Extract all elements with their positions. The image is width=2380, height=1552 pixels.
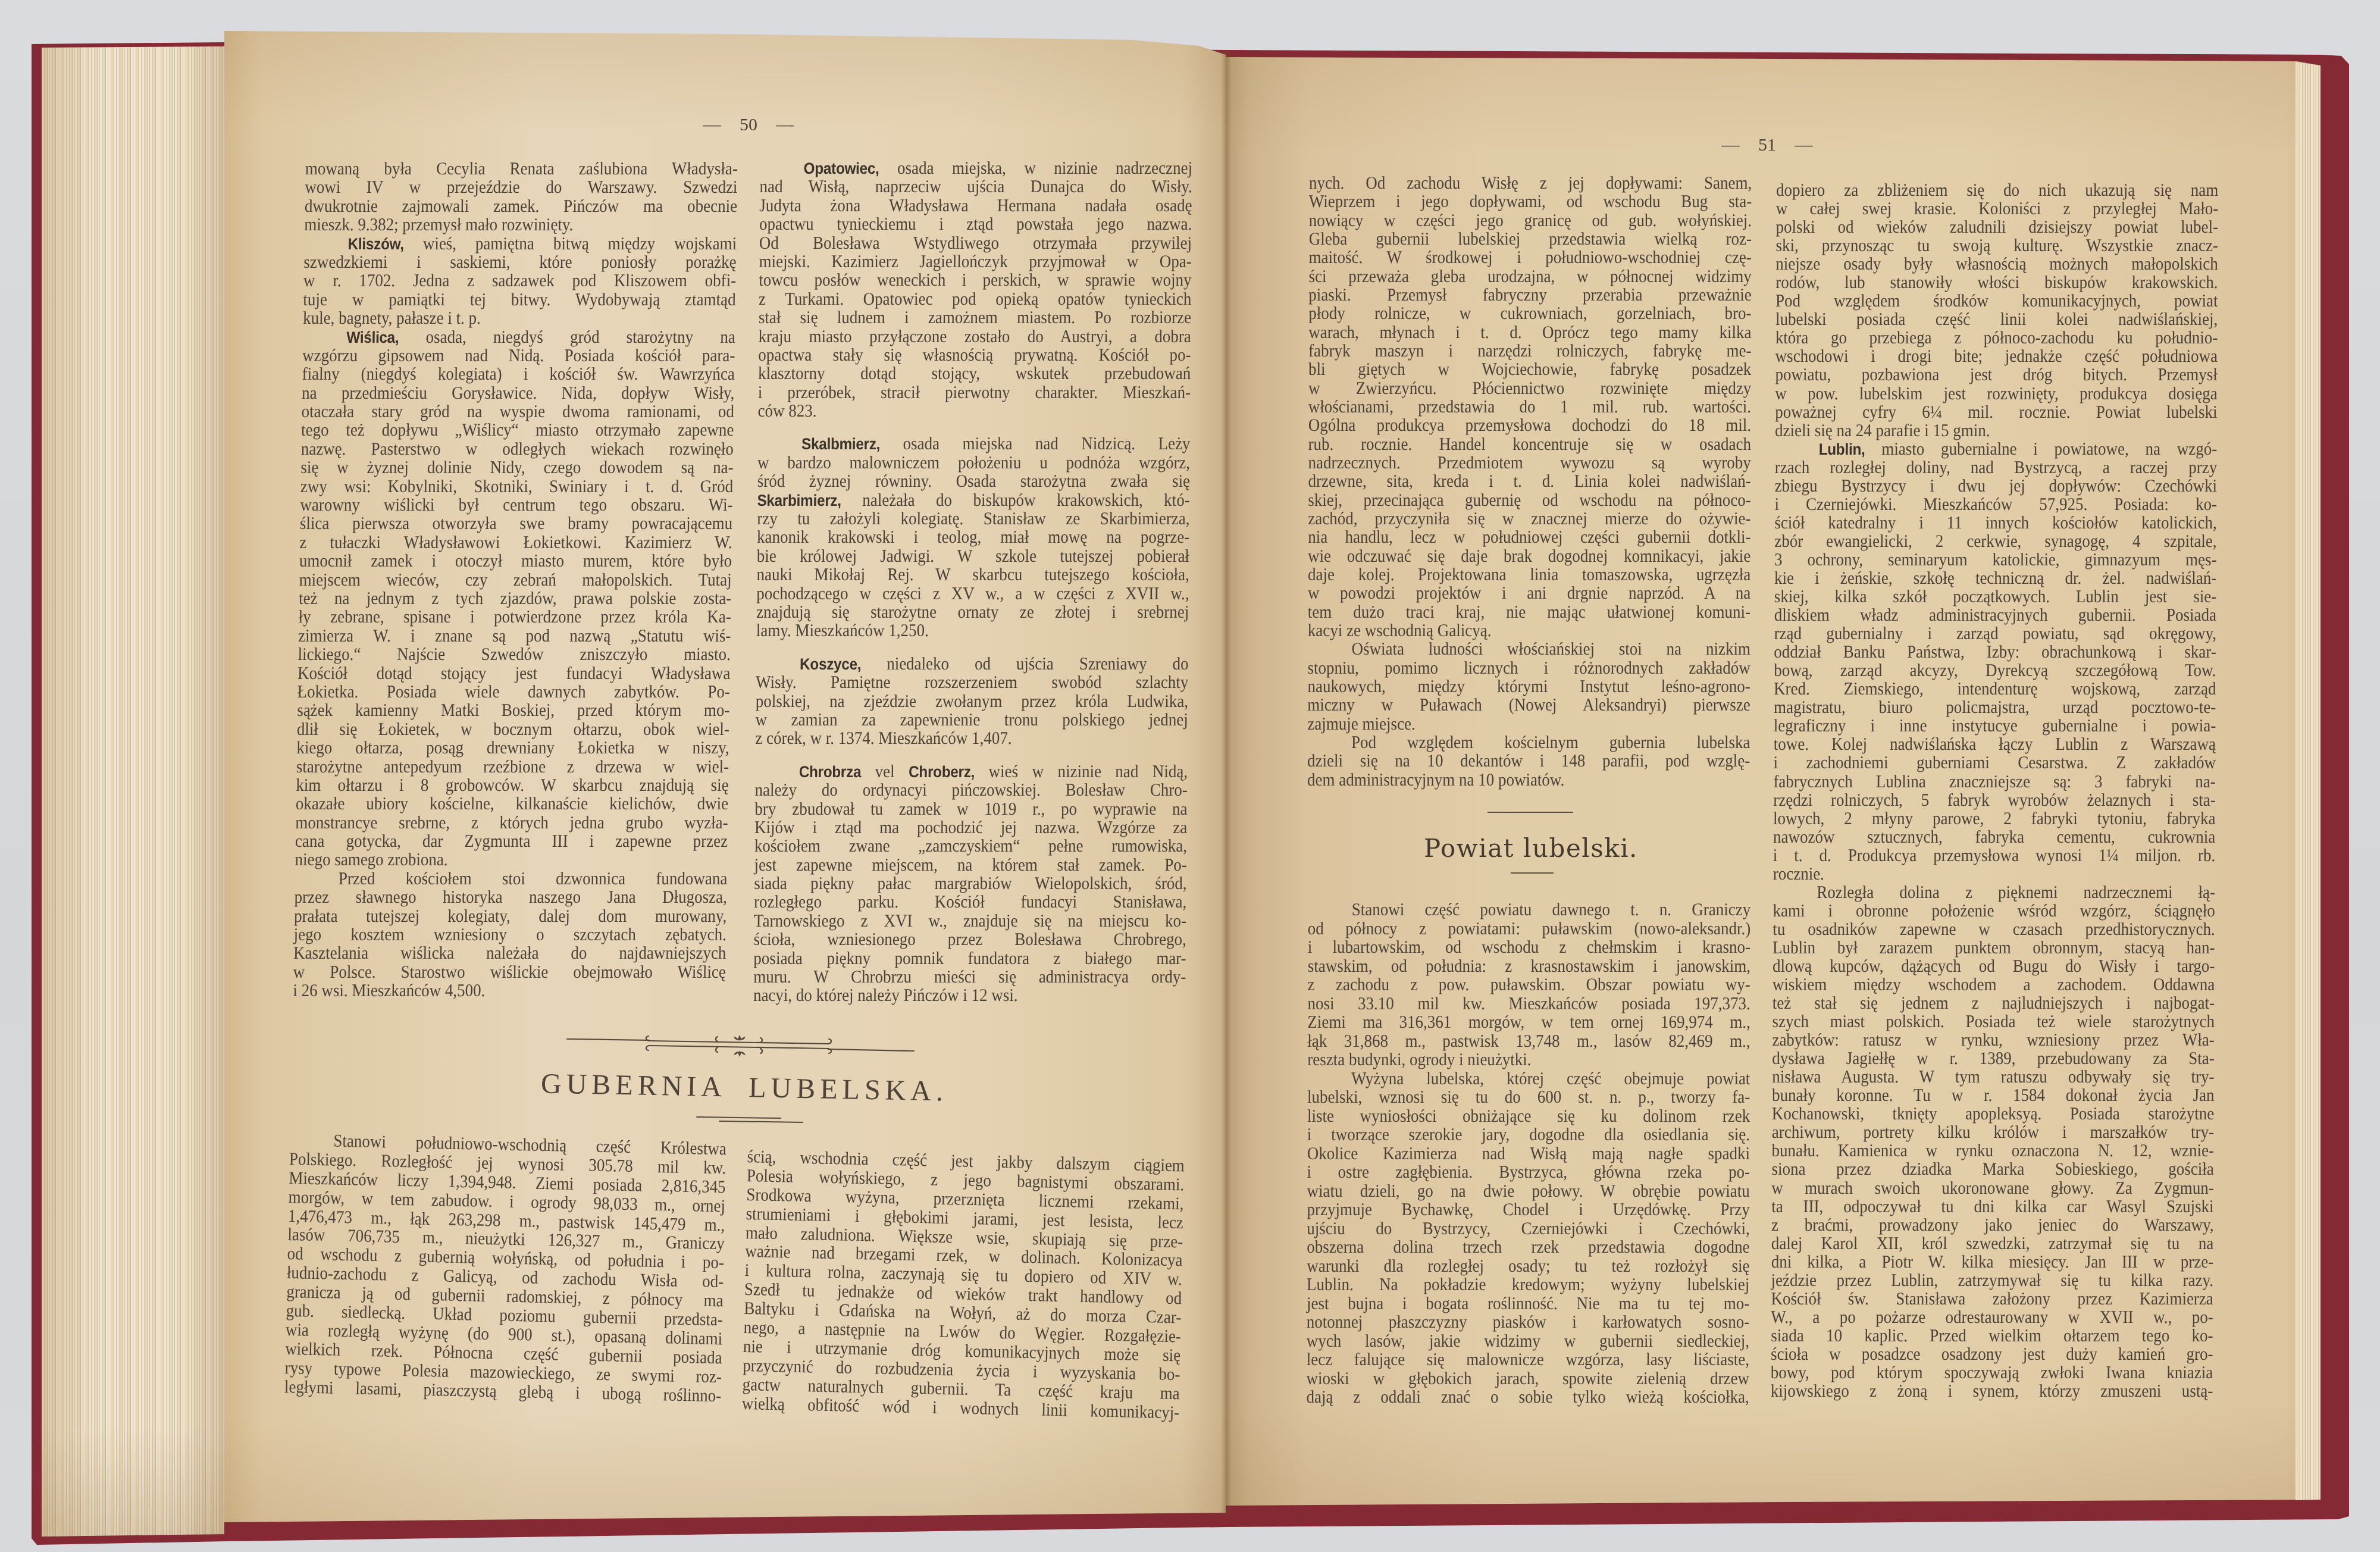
text-line: mieszk. 9.382; przemysł mało rozwinięty. bbox=[304, 215, 737, 234]
line-text: Kasztelania wiślicka należała do najdawn… bbox=[293, 943, 726, 963]
text-line: Kościół dotąd stojący jest fundacyi Wład… bbox=[297, 664, 731, 683]
line-text: Tarnowskiego z XVI w., znajduje się na m… bbox=[754, 911, 1186, 931]
line-text: i 26 wsi. Mieszkańców 4,500. bbox=[293, 981, 486, 1000]
text-line: na przedmieściu Gorysławice. Nida, dopły… bbox=[302, 384, 735, 402]
text-line: archiwum, portrety kilku królów i marsza… bbox=[1772, 1123, 2215, 1141]
line-text: stał się ludnem i zamożnem miastem. Po r… bbox=[759, 308, 1191, 327]
right-page-column-1: nych. Od zachodu Wisłę z jej dopływami: … bbox=[1307, 174, 1752, 789]
line-text: rodów, lub stanowiły włości biskupów kra… bbox=[1775, 273, 2218, 292]
line-text: rub. rocznie. Handel koncentruje się w o… bbox=[1308, 434, 1751, 454]
line-text: kie i żeńskie, szkołę techniczną dr. żel… bbox=[1774, 568, 2217, 588]
text-line: tem dużo traci kraj, nie mając ułatwione… bbox=[1308, 603, 1750, 621]
text-line: ścioła, wzniesionego przez Bolesława Chr… bbox=[754, 930, 1186, 949]
line-text: i tworzące szerokie jary, dogodne dla os… bbox=[1307, 1125, 1750, 1144]
text-line: nazwę. Pasterstwo w odległych wiekach ro… bbox=[301, 440, 734, 458]
text-line: i 26 wsi. Mieszkańców 4,500. bbox=[293, 981, 726, 1000]
text-line: z Turkami. Opatowiec pod opieką opatów t… bbox=[759, 290, 1191, 308]
text-line: i przeróbek, stracił pierwotny charakter… bbox=[758, 383, 1191, 402]
line-text: dwukrotnie zajmowali zamek. Pińczów ma o… bbox=[305, 196, 738, 216]
text-line: wych lasów, jakie widzimy w gubernii sie… bbox=[1307, 1332, 1749, 1351]
text-line: lecz falujące się malownicze wzgórza, la… bbox=[1307, 1350, 1749, 1369]
line-text: tego też dopływu „Wiślicy“ miasto otrzym… bbox=[301, 420, 734, 440]
text-line: kule, bagnety, pałasze i t. p. bbox=[303, 309, 736, 327]
line-text: nych. Od zachodu Wisłę z jej dopływami: … bbox=[1309, 173, 1752, 193]
line-text: ścioła w posadzce osadzony jest duży kam… bbox=[1771, 1344, 2213, 1364]
line-text: nosi 33.10 mil kw. Mieszkańców posiada 1… bbox=[1307, 994, 1750, 1013]
text-line: ta III, odpoczywał tu dni kilka car Wasy… bbox=[1771, 1197, 2214, 1216]
text-line: okazałe ubiory kościelne, kilkanaście ki… bbox=[296, 794, 729, 813]
text-line: Lublin. Na pokładzie kredowym; wyżyny lu… bbox=[1307, 1275, 1749, 1294]
line-text: Wyżyna lubelska, której część obejmuje p… bbox=[1351, 1069, 1750, 1088]
text-line: Wyżyna lubelska, której część obejmuje p… bbox=[1307, 1069, 1750, 1088]
line-text: prałata tutejszej kolegiaty, dalej dom m… bbox=[294, 906, 727, 926]
line-text: włościanami, przedstawia do 1 mil. rub. … bbox=[1308, 397, 1751, 417]
line-text: wiatu dzieli, go na dwie połowy. W obręb… bbox=[1307, 1181, 1750, 1201]
line-text: Ziemi ma 316,361 morgów, w tem ornej 169… bbox=[1307, 1012, 1750, 1032]
line-text: kościołem zwane „zamczyskiem“ pełne rumo… bbox=[754, 836, 1187, 856]
line-text: śród żyznej równiny. Osada starożytna zw… bbox=[757, 471, 1190, 491]
text-line: Koszyce, niedaleko od ujścia Szreniawy d… bbox=[756, 655, 1188, 673]
line-text: w zamian za zapewnienie tronu polskiego … bbox=[755, 710, 1188, 730]
line-text: siona przez dziadka Marka Sobieskiego, g… bbox=[1771, 1159, 2214, 1179]
line-text: dopiero za zbliżeniem się do nich ukazuj… bbox=[1776, 180, 2219, 200]
line-text: monstrancye srebrne, z których jedna gru… bbox=[295, 813, 728, 833]
text-line: w zamian za zapewnienie tronu polskiego … bbox=[755, 711, 1188, 729]
text-line: śród żyznej równiny. Osada starożytna zw… bbox=[757, 472, 1190, 490]
text-line: nych. Od zachodu Wisłę z jej dopływami: … bbox=[1309, 174, 1752, 192]
line-text: Łokietka. Posiada wiele dawnych zabytków… bbox=[297, 682, 730, 702]
entry-headword: Koszyce, bbox=[800, 655, 861, 673]
text-line: siona przez dziadka Marka Sobieskiego, g… bbox=[1771, 1160, 2214, 1178]
line-text: legraficzny i inne instytucye gubernialn… bbox=[1774, 716, 2216, 736]
line-text: kim ołtarzu i 8 grobowców. W skarbcu zna… bbox=[296, 775, 729, 795]
text-line: zbiegu Bystrzycy i dwu jej dopływów: Cze… bbox=[1775, 477, 2218, 495]
line-text: nad Wisłą, naprzeciw ujścia Dunajca do W… bbox=[760, 177, 1192, 196]
line-text: miczny w Puławach (Nowej Aleksandryi) pi… bbox=[1307, 695, 1750, 715]
line-text: w pow. lubelskim jest rozwinięty, produk… bbox=[1775, 384, 2218, 403]
text-line: starożytne antepedyum rzeźbione z drzewa… bbox=[296, 758, 729, 776]
heading-underline-rule bbox=[695, 1114, 805, 1125]
text-line: kim ołtarzu i 8 grobowców. W skarbcu zna… bbox=[296, 776, 729, 794]
line-text: też stał się jednem z najludniejszych i … bbox=[1773, 993, 2215, 1013]
line-text: notonnej płaszczyzny piasków i karłowaty… bbox=[1307, 1312, 1749, 1332]
text-line: Wiślica, osada, niegdyś gród starożytny … bbox=[302, 328, 735, 346]
line-text: obszerna dolina trzech rzek przedstawia … bbox=[1307, 1237, 1749, 1257]
line-text: Przed kościołem stoi dzwonnica fundowana bbox=[339, 869, 728, 888]
line-text: lowych, 2 młyny parowe, 2 fabryki tytoni… bbox=[1773, 809, 2216, 828]
line-text: wieś w nizinie nad Nidą, bbox=[975, 762, 1188, 781]
text-line: Ogólna produkcya przemysłowa dochodzi do… bbox=[1308, 416, 1751, 434]
line-text: dzieli się na 10 dekantów i 148 parafii,… bbox=[1307, 751, 1750, 771]
text-line: się w żyznej dolinie Nidy, czego dowodem… bbox=[300, 458, 734, 477]
line-text: dlił się Łokietek, w bocznym ołtarzu, ob… bbox=[297, 719, 730, 739]
text-line: nawozów sztucznych, fabryka cementu, cuk… bbox=[1773, 828, 2216, 846]
text-line: z braćmi, prowadzony jako jeniec do Wars… bbox=[1771, 1216, 2214, 1234]
line-text: niejsze osady były własnością możnych ma… bbox=[1775, 254, 2218, 274]
line-text: powiatu, pozbawiona jest dróg bitych. Pr… bbox=[1775, 365, 2218, 384]
text-line: w bardzo malowniczem położeniu u podnóża… bbox=[757, 453, 1190, 472]
text-line: która go przebiega z północo-zachodu ku … bbox=[1775, 328, 2218, 347]
text-line: dlił się Łokietek, w bocznym ołtarzu, ob… bbox=[297, 720, 730, 739]
text-line: fabrycznych Lublina znaczniejsze są: 3 f… bbox=[1773, 772, 2216, 791]
line-text: dliskiem władz administracyjnych guberni… bbox=[1774, 605, 2217, 625]
text-line: i lubartowskim, od wschodu z chełmskim i… bbox=[1308, 938, 1750, 957]
text-line: dalej Karol XII, król szwedzki, zatrzyma… bbox=[1771, 1234, 2214, 1253]
text-line: jest bujna i bogata roślinność. Nie ma t… bbox=[1307, 1294, 1749, 1313]
text-line: dwukrotnie zajmowali zamek. Pińczów ma o… bbox=[305, 197, 738, 215]
text-line: siada piękny pałac margrabiów Wielopolsk… bbox=[754, 874, 1186, 893]
line-text: okazałe ubiory kościelne, kilkanaście ki… bbox=[296, 794, 729, 813]
line-text: w r. 1702. Jedna z sadzawek pod Kliszowe… bbox=[303, 271, 737, 290]
text-line: dem administracyjnym na 10 powiatów. bbox=[1307, 771, 1750, 789]
line-text: wioski w głębokich jarach, spowite ziele… bbox=[1307, 1369, 1749, 1388]
open-book-photo: — 50 — mowaną była Cecylia Renata zaślub… bbox=[0, 0, 2380, 1552]
line-text: zachód, przyczyniła się w znacznej mierz… bbox=[1308, 509, 1750, 528]
text-line: drzewne, sita, kreda i t. d. Linia kolei… bbox=[1308, 472, 1750, 490]
line-text: rzędzi rolniczych, 5 fabryk wyrobów żela… bbox=[1773, 790, 2216, 810]
section-column-1: Stanowi południowo-wschodnią część Króle… bbox=[284, 1131, 727, 1406]
line-text: oddział Banku Państwa, Izby: obrachunkow… bbox=[1774, 642, 2216, 662]
line-text: siada 10 kaplic. Przed wielkim ołtarzem … bbox=[1771, 1326, 2213, 1346]
line-text: i Czerniejówki. Mieszkańców 57,925. Posi… bbox=[1774, 495, 2217, 514]
line-text: sążek kamienny Matki Boskiej, przed któr… bbox=[297, 700, 730, 720]
line-text: łąk 31,868 m., pastwisk 13,748 m., lasów… bbox=[1307, 1031, 1750, 1051]
line-text: zajmuje miejsce. bbox=[1307, 714, 1416, 734]
text-line: rub. rocznie. Handel koncentruje się w o… bbox=[1308, 435, 1751, 453]
text-line: 3 ochrony, seminaryum katolickie, gimnaz… bbox=[1774, 550, 2217, 569]
text-line: W., a po pożarze odrestaurowany w XVII w… bbox=[1771, 1308, 2213, 1326]
text-line: sążek kamienny Matki Boskiej, przed któr… bbox=[297, 701, 730, 719]
text-line: Lublin był zarazem punktem obronnym, sta… bbox=[1773, 938, 2215, 957]
subsection-heading: Powiat lubelski. bbox=[1412, 834, 1650, 863]
text-line: kiego ołtarza, posąg drewniany Łokietka … bbox=[296, 739, 729, 757]
line-text: kanonik krakowski i teolog, miał mowę na… bbox=[757, 527, 1189, 547]
line-text: umocnił zamek i otoczył miasto murem, kt… bbox=[299, 551, 732, 571]
page-number-left: — 50 — bbox=[659, 115, 838, 134]
line-text: tuje w pamiątki tej bitwy. Wydobywają zt… bbox=[303, 290, 736, 309]
text-line: nia handlu, lecz w południowej części gu… bbox=[1308, 528, 1750, 546]
text-line: dliskiem władz administracyjnych guberni… bbox=[1774, 606, 2217, 624]
line-text: mowaną była Cecylia Renata zaślubiona Wł… bbox=[305, 159, 738, 179]
text-line: rzy tu założyli kolegiatę. Stanisław ze … bbox=[757, 509, 1189, 528]
section-column-2: ścią, wschodnia część jest jakby dalszym… bbox=[742, 1147, 1185, 1422]
text-line: wiskiem między wschodem a zachodem. Odda… bbox=[1773, 975, 2215, 994]
line-text: maitość. W środkowej i południowo-wschod… bbox=[1309, 248, 1752, 267]
text-line: wioski w głębokich jarach, spowite ziele… bbox=[1307, 1369, 1749, 1388]
line-text: kacyi ze wschodnią Galicyą. bbox=[1308, 621, 1492, 640]
line-text: w powodzi projektów i ani drgnie naprzód… bbox=[1308, 583, 1750, 603]
text-line: przyjmuje Bychawkę, Chodel i Urzędówkę. … bbox=[1307, 1200, 1749, 1219]
text-line: bunału. Kamienica w rynku oznaczona N. 1… bbox=[1772, 1141, 2215, 1160]
text-line: kacyi ze wschodnią Galicyą. bbox=[1308, 621, 1750, 640]
text-line: polski od wieków zaludnili dzisiejszy po… bbox=[1776, 218, 2219, 236]
line-text: Okolice Kazimierza nad Wisłą mają nagłe … bbox=[1307, 1144, 1750, 1163]
text-line: ści przeważa gleba urodzajna, w północne… bbox=[1308, 267, 1751, 286]
text-line: warunki dla rozległej osady; tu też rozł… bbox=[1307, 1257, 1749, 1276]
text-line: lamy. Mieszkańców 1,250. bbox=[756, 621, 1189, 640]
line-text: drzewne, sita, kreda i t. d. Linia kolei… bbox=[1308, 471, 1750, 491]
text-line: włościanami, przedstawia do 1 mil. rub. … bbox=[1308, 398, 1751, 416]
text-line: zabytków: ratusz w rynku, wzniesiony prz… bbox=[1772, 1031, 2215, 1049]
line-text: otaczała stary gród na wyspie dwoma rami… bbox=[301, 402, 734, 421]
text-line: kami i obronne położenie wśród wzgórz, ś… bbox=[1773, 902, 2215, 920]
text-line: powiatu, pozbawiona jest dróg bitych. Pr… bbox=[1775, 365, 2218, 384]
text-line: lickiego.“ Najście Szwedów zniszczyło mi… bbox=[297, 645, 731, 664]
text-line: dysława Jagiełłę w r. 1389, przebudowany… bbox=[1772, 1049, 2215, 1068]
line-text: kule, bagnety, pałasze i t. p. bbox=[303, 308, 481, 328]
text-line: w pow. lubelskim jest rozwinięty, produk… bbox=[1775, 384, 2218, 403]
line-text: wschodowi i drogi bite; jednakże część p… bbox=[1775, 346, 2218, 366]
line-text: jest bujna i bogata roślinność. Nie ma t… bbox=[1307, 1294, 1749, 1313]
text-line: Stanowi część powiatu dawnego t. n. Gran… bbox=[1308, 900, 1750, 919]
line-text: szwedzkiemi i saskiemi, które poniosły p… bbox=[303, 252, 737, 272]
text-line: Chrobrza vel Chroberz, wieś w nizinie na… bbox=[755, 762, 1188, 781]
line-text: wzgórzu gipsowem nad Nidą. Posiada kości… bbox=[302, 346, 735, 365]
text-line: notonnej płaszczyzny piasków i karłowaty… bbox=[1307, 1313, 1749, 1332]
text-line: reszta budynki, ogrody i nieużytki. bbox=[1307, 1050, 1750, 1069]
line-text: Judyta żona Władysława Hermana nadała os… bbox=[759, 196, 1192, 215]
text-line: nowiący w części jego granicę od gub. wo… bbox=[1309, 211, 1752, 230]
line-text: rocznie. bbox=[1773, 864, 1824, 884]
text-line: z zachodu z pow. puławskim. Obszar powia… bbox=[1308, 975, 1750, 994]
text-line: Łokietka. Posiada wiele dawnych zabytków… bbox=[297, 683, 730, 701]
text-line: dzieli się na 24 parafie i 15 gmin. bbox=[1775, 421, 2218, 440]
line-text: ślica pierwsza otworzyła swe bramy powra… bbox=[300, 514, 733, 533]
line-text: towcu posłów weneckich i perskich, w spr… bbox=[759, 270, 1191, 290]
subsection-column-1: Stanowi część powiatu dawnego t. n. Gran… bbox=[1306, 900, 1750, 1407]
line-text: wych lasów, jakie widzimy w gubernii sie… bbox=[1307, 1331, 1749, 1351]
line-text: wieś, pamiętna bitwą między wojskami bbox=[404, 234, 737, 254]
text-line: jest zapewne miejscem, na którem stał za… bbox=[754, 856, 1187, 874]
line-text: i t. d. Produkcya przemysłowa wynosi 1¼ … bbox=[1773, 846, 2216, 865]
line-text: Stanowi część powiatu dawnego t. n. Gran… bbox=[1352, 900, 1751, 919]
text-line: towe. Kolej nadwiślańska łączy Lublin z … bbox=[1774, 735, 2216, 753]
line-text: zbiegu Bystrzycy i dwu jej dopływów: Cze… bbox=[1775, 476, 2218, 496]
line-text: pochodzącego w części z XV w., a w częśc… bbox=[756, 584, 1189, 603]
line-text: osada, niegdyś gród starożytny na bbox=[399, 327, 735, 347]
text-line: zachód, przyczyniła się w znacznej mierz… bbox=[1308, 509, 1750, 528]
line-text: fialny (niegdyś kolegiata) i kościół św.… bbox=[302, 364, 735, 384]
line-text: ta III, odpoczywał tu dni kilka car Wasy… bbox=[1771, 1197, 2214, 1216]
left-page-column-2: Opatowiec, osada miejska, w nizinie nadr… bbox=[753, 159, 1192, 1005]
text-line: jeździe przez Lublin, zatrzymywał się tu… bbox=[1771, 1271, 2214, 1290]
text-line: mowaną była Cecylia Renata zaślubiona Wł… bbox=[305, 159, 738, 178]
text-line: wie odczuwać się daje brak dogodnej komn… bbox=[1308, 547, 1750, 565]
text-line: legraficzny i inne instytucye gubernialn… bbox=[1774, 716, 2216, 735]
text-line: poważnej cyfry 6¼ mil. rocznie. Powiat l… bbox=[1775, 403, 2218, 421]
text-line: muru. W Chrobrzu mieści się administracy… bbox=[753, 968, 1186, 986]
text-line: Ziemi ma 316,361 morgów, w tem ornej 169… bbox=[1307, 1013, 1750, 1032]
text-line: rocznie. bbox=[1773, 865, 2216, 883]
text-line: płody rolnicze, w cukrowniach, gorzelnia… bbox=[1308, 304, 1751, 323]
text-line: ujściu do Bystrzycy, Czerniejówki i Czec… bbox=[1307, 1219, 1749, 1238]
text-line: znajdują się starożytne ornaty ze złotej… bbox=[756, 603, 1189, 621]
line-text: nia handlu, lecz w południowej części gu… bbox=[1308, 527, 1750, 547]
text-line: ców 823. bbox=[758, 402, 1191, 420]
text-line: oddział Banku Państwa, Izby: obrachunkow… bbox=[1774, 643, 2216, 661]
text-line: bli giętych w Wojciechowie, fabrykę posa… bbox=[1308, 360, 1751, 378]
page-number-right: — 51 — bbox=[1678, 136, 1856, 155]
entry-headword: Wiślica, bbox=[346, 328, 399, 346]
text-line: Kościół św. Stanisława założony przez Ka… bbox=[1771, 1290, 2213, 1308]
line-text: bie królowej Jadwigi. W szkole tutejszej… bbox=[757, 546, 1189, 566]
text-line: szych miast polskich. Posiada też wiele … bbox=[1773, 1012, 2215, 1031]
text-line: fabryk maszyn i narzędzi rolniczych, fab… bbox=[1308, 342, 1751, 360]
line-text: w bardzo malowniczem położeniu u podnóża… bbox=[757, 453, 1190, 473]
left-page-column-1: mowaną była Cecylia Renata zaślubiona Wł… bbox=[293, 159, 738, 1000]
text-line: monstrancye srebrne, z których jedna gru… bbox=[295, 813, 728, 832]
line-text: Pod względem środków komunikacyjnych, po… bbox=[1775, 291, 2218, 311]
line-text: dalej Karol XII, król szwedzki, zatrzyma… bbox=[1771, 1234, 2214, 1253]
text-line: rzędzi rolniczych, 5 fabryk wyrobów żela… bbox=[1773, 791, 2216, 809]
text-line: stawskim, od południa: z krasnostawskim … bbox=[1308, 957, 1750, 976]
line-text: lamy. Mieszkańców 1,250. bbox=[756, 621, 929, 640]
text-line: w całej swej krasie. Koloniści z przyleg… bbox=[1776, 199, 2219, 218]
text-line: wowi IV w przejeździe do Warszawy. Szwed… bbox=[305, 178, 738, 196]
text-line: nosi 33.10 mil kw. Mieszkańców posiada 1… bbox=[1307, 994, 1750, 1013]
line-text: bowy, pod którym spoczywają zwłoki Iwana… bbox=[1771, 1363, 2213, 1382]
line-text: Lublin był zarazem punktem obronnym, sta… bbox=[1773, 938, 2215, 958]
line-text: zbór ewangielicki, 2 cerkwie, synagogę, … bbox=[1774, 531, 2217, 551]
line-text: jego kosztem wzniesiony o szczytach zęba… bbox=[293, 925, 726, 944]
text-line: jego kosztem wzniesiony o szczytach zęba… bbox=[293, 925, 726, 944]
line-text: Rozległa dolina z pięknemi nadrzecznemi … bbox=[1817, 883, 2215, 902]
line-text: Od Bolesława Wstydliwego otrzymała przyw… bbox=[759, 233, 1192, 253]
text-line: nacyi, do której należy Pińczów i 12 wsi… bbox=[753, 986, 1186, 1005]
text-line: bowy, pod którym spoczywają zwłoki Iwana… bbox=[1771, 1363, 2213, 1382]
line-text: należała do biskupów krakowskich, któ- bbox=[841, 490, 1190, 510]
line-text: ski, przynosząc tu swoją kulturę. Wszyst… bbox=[1775, 236, 2218, 255]
entry-headword: Skalbmierz, bbox=[801, 435, 880, 453]
line-text: ściół katedralny i 11 innych kościołów k… bbox=[1774, 513, 2217, 533]
text-line: i Czerniejówki. Mieszkańców 57,925. Posi… bbox=[1774, 495, 2217, 514]
text-line: warowny wiślicki był centrum tego obszar… bbox=[300, 496, 733, 514]
line-text: tu osadników zapewne w czasach przedhist… bbox=[1773, 919, 2215, 939]
line-text: kijowskiego z żoną i synem, którzy zmusz… bbox=[1771, 1381, 2213, 1401]
text-line: wiatu dzieli, go na dwie połowy. W obręb… bbox=[1307, 1182, 1750, 1201]
text-line: kanonik krakowski i teolog, miał mowę na… bbox=[757, 528, 1189, 546]
text-line: kie i żeńskie, szkołę techniczną dr. żel… bbox=[1774, 569, 2217, 587]
text-line: Rozległa dolina z pięknemi nadrzecznemi … bbox=[1773, 883, 2216, 902]
entry-headword: Chroberz, bbox=[909, 763, 975, 781]
line-text: bunału. Kamienica w rynku oznaczona N. 1… bbox=[1772, 1141, 2215, 1160]
line-text: bunały koronne. Tu w r. 1584 dokonał życ… bbox=[1772, 1085, 2215, 1105]
line-text: muru. W Chrobrzu mieści się administracy… bbox=[753, 967, 1186, 987]
line-text: dlową kupców, dążących od Bugu do Wisły … bbox=[1773, 956, 2215, 976]
text-line: kijowskiego z żoną i synem, którzy zmusz… bbox=[1771, 1382, 2213, 1400]
line-text: miejscem wieców, czy zebrań małopolskich… bbox=[299, 570, 732, 590]
line-text: fabryk maszyn i narzędzi rolniczych, fab… bbox=[1308, 341, 1751, 361]
line-text: jest zapewne miejscem, na którem stał za… bbox=[754, 855, 1187, 875]
line-text: bli giętych w Wojciechowie, fabrykę posa… bbox=[1308, 359, 1751, 379]
text-line: miczny w Puławach (Nowej Aleksandryi) pi… bbox=[1307, 696, 1750, 714]
line-text: fabrycznych Lublina znaczniejsze są: 3 f… bbox=[1773, 772, 2216, 791]
line-text: należy do ordynacyi pińczowskiej. Bolesł… bbox=[755, 780, 1188, 800]
line-text: z zachodu z pow. puławskim. Obszar powia… bbox=[1308, 975, 1750, 994]
text-line: Kochanowski, tknięty apopleksyą. Posiada… bbox=[1772, 1104, 2215, 1123]
line-text: piaski. Przemysł fabryczny przerabia prz… bbox=[1308, 285, 1751, 305]
line-text: dysława Jagiełłę w r. 1389, przebudowany… bbox=[1772, 1049, 2215, 1068]
text-line: dlową kupców, dążących od Bugu do Wisły … bbox=[1773, 957, 2215, 975]
text-line: pochodzącego w części z XV w., a w częśc… bbox=[756, 584, 1189, 603]
line-text: skiej, przecinająca gubernię od wschodu … bbox=[1308, 490, 1750, 510]
line-text: siada piękny pałac margrabiów Wielopolsk… bbox=[754, 874, 1186, 893]
text-line: i t. d. Produkcya przemysłowa wynosi 1¼ … bbox=[1773, 846, 2216, 865]
line-text: warowny wiślicki był centrum tego obszar… bbox=[300, 495, 733, 515]
line-text: stawskim, od południa: z krasnostawskim … bbox=[1308, 956, 1750, 976]
text-line: skiej, kilka szkół początkowych. Lublin … bbox=[1774, 587, 2217, 606]
line-text: Kościół dotąd stojący jest fundacyi Wład… bbox=[297, 664, 731, 683]
line-text: osada miejska nad Nidzicą. Leży bbox=[880, 434, 1191, 453]
line-text: 3 ochrony, seminaryum katolickie, gimnaz… bbox=[1774, 550, 2217, 570]
line-text: magistratu, biuro policmajstra, urząd po… bbox=[1774, 697, 2216, 717]
text-line: wschodowi i drogi bite; jednakże część p… bbox=[1775, 347, 2218, 365]
line-text: nawozów sztucznych, fabryka cementu, cuk… bbox=[1773, 827, 2216, 847]
text-line: tego też dopływu „Wiślicy“ miasto otrzym… bbox=[301, 421, 734, 439]
line-text: Kijów i ztąd ma pochodzić jej nazwa. Wzg… bbox=[754, 818, 1187, 837]
heading-underline-rule bbox=[1511, 872, 1554, 874]
text-line: piaski. Przemysł fabryczny przerabia prz… bbox=[1308, 286, 1751, 304]
line-text: Oświata ludności włościańskiej stoi na n… bbox=[1351, 639, 1750, 659]
line-text: dni kilka, a Piotr W. kilka miesięcy. Ja… bbox=[1771, 1252, 2214, 1272]
text-line: nauki Mikołaj Rej. W skarbcu tutejszego … bbox=[756, 565, 1189, 584]
right-page-column-2: dopiero za zbliżeniem się do nich ukazuj… bbox=[1771, 181, 2219, 1400]
line-text: Lublin. Na pokładzie kredowym; wyżyny lu… bbox=[1307, 1275, 1749, 1294]
text-line: tu osadników zapewne w czasach przedhist… bbox=[1773, 920, 2215, 938]
line-text: w Polsce. Starostwo wiślickie obejmowało… bbox=[293, 962, 726, 982]
text-line: Okolice Kazimierza nad Wisłą mają nagłe … bbox=[1307, 1144, 1750, 1163]
line-text: nowiący w części jego granicę od gub. wo… bbox=[1309, 211, 1752, 230]
line-text: warach, młynach i t. d. Oprócz tego mamy… bbox=[1308, 323, 1751, 342]
line-text: ści przeważa gleba urodzajna, w północne… bbox=[1308, 267, 1751, 286]
line-text: i lubartowskim, od wschodu z chełmskim i… bbox=[1308, 937, 1750, 957]
line-text: opactwu tynieckiemu i ztąd powstała jego… bbox=[759, 214, 1192, 234]
line-text: ścioła, wzniesionego przez Bolesława Chr… bbox=[754, 930, 1186, 949]
text-line: lowych, 2 młyny parowe, 2 fabryki tytoni… bbox=[1773, 809, 2216, 828]
text-line: zbór ewangielicki, 2 cerkwie, synagogę, … bbox=[1774, 532, 2217, 550]
text-line: Oświata ludności włościańskiej stoi na n… bbox=[1308, 640, 1750, 658]
text-line: Wisły. Pamiętne rozszerzeniem swobód szl… bbox=[756, 673, 1188, 691]
line-text: z córek, w r. 1374. Mieszkańców 1,407. bbox=[755, 728, 1011, 748]
line-text: klasztorny dotąd stojący, wskutek przebu… bbox=[758, 364, 1191, 383]
line-text: zimierza W. i znane są pod nazwą „Statut… bbox=[298, 626, 731, 646]
text-line: miejscem wieców, czy zebrań małopolskich… bbox=[299, 571, 732, 589]
line-text: nadrzecznych. Przedmiotem wywozu są wyro… bbox=[1308, 453, 1751, 473]
line-text: nazwę. Pasterstwo w odległych wiekach ro… bbox=[301, 439, 734, 459]
text-line: tuje w pamiątki tej bitwy. Wydobywają zt… bbox=[303, 290, 736, 309]
line-text: daje kolej. Projektowana linia tomaszows… bbox=[1308, 565, 1750, 584]
text-line: Skalbmierz, osada miejska nad Nidzicą. L… bbox=[757, 434, 1190, 453]
entry-headword: Lublin, bbox=[1819, 440, 1865, 458]
line-text: nacyi, do której należy Pińczów i 12 wsi… bbox=[753, 985, 1018, 1005]
text-line: Skarbimierz, należała do biskupów krakow… bbox=[757, 491, 1189, 509]
line-text: ców 823. bbox=[758, 401, 817, 421]
line-text: W., a po pożarze odrestaurowany w XVII w… bbox=[1771, 1307, 2213, 1327]
text-line: dzieli się na 10 dekantów i 148 parafii,… bbox=[1307, 752, 1750, 770]
text-line: magistratu, biuro policmajstra, urząd po… bbox=[1774, 698, 2216, 716]
line-text: bry zbudował tu zamek w 1019 r., po wypr… bbox=[754, 799, 1187, 819]
line-text: lecz falujące się malownicze wzgórza, la… bbox=[1307, 1350, 1749, 1369]
line-text: cana gotycka, dar Zygmunta III i zapewne… bbox=[295, 831, 728, 851]
gutter-shadow bbox=[1221, 51, 1230, 1515]
line-text: Gleba gubernii lubelskiej przedstawia wi… bbox=[1309, 229, 1752, 249]
text-line: rozległego parku. Kościół fundacyi Stani… bbox=[754, 893, 1186, 911]
line-text: przez sławnego historyka naszego Jana Dł… bbox=[294, 887, 727, 907]
line-text: dem administracyjnym na 10 powiatów. bbox=[1307, 770, 1565, 790]
line-text: reszta budynki, ogrody i nieużytki. bbox=[1307, 1050, 1532, 1069]
text-line: ślica pierwsza otworzyła swe bramy powra… bbox=[300, 514, 733, 533]
text-line: w Zwierzyńcu. Płóciennictwo rozwinięte m… bbox=[1308, 379, 1751, 398]
